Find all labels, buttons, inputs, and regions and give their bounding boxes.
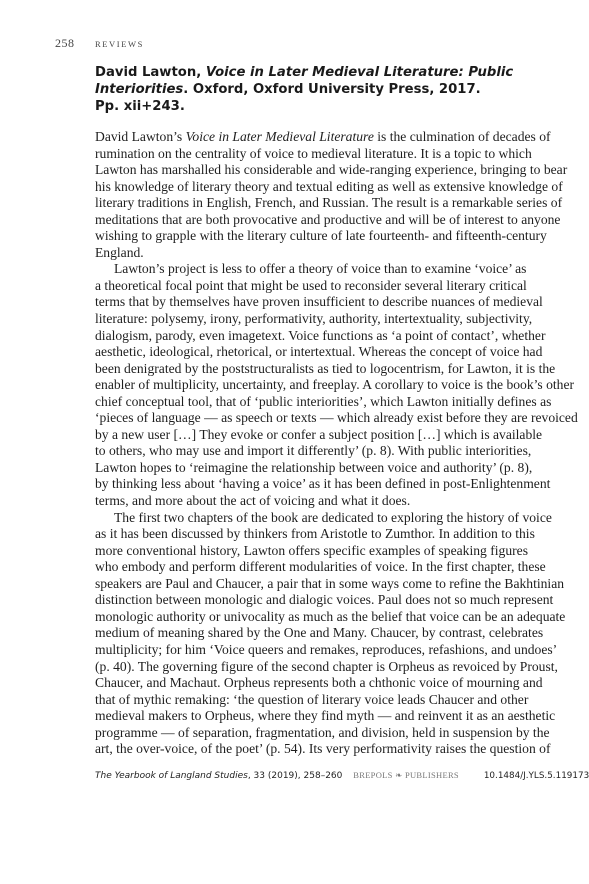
body-line: (p. 40). The governing figure of the sec… xyxy=(95,659,514,676)
body-line: monologic authority or univocality as mu… xyxy=(95,609,514,626)
journal-title: The Yearbook of Langland Studies xyxy=(95,771,248,781)
body-line: wishing to grapple with the literary cul… xyxy=(95,228,514,245)
page-number: 258 xyxy=(55,36,95,51)
body-line: David Lawton’s Voice in Later Medieval L… xyxy=(95,129,514,146)
body-line: multiplicity; for him ‘Voice queers and … xyxy=(95,642,514,659)
body-line: meditations that are both provocative an… xyxy=(95,212,514,229)
body-line: enabler of multiplicity, uncertainty, an… xyxy=(95,377,514,394)
body-line: been denigrated by the poststructuralist… xyxy=(95,361,514,378)
body-line: England. xyxy=(95,245,514,262)
review-author: David Lawton, xyxy=(95,65,206,80)
body-line: who embody and perform different modular… xyxy=(95,559,514,576)
body-line: rumination on the centrality of voice to… xyxy=(95,146,514,163)
body-line: aesthetic, ideological, rhetorical, or i… xyxy=(95,344,514,361)
body-line: a theoretical focal point that might be … xyxy=(95,278,514,295)
page-footer: The Yearbook of Langland Studies, 33 (20… xyxy=(95,770,535,781)
body-line: literature: polysemy, irony, performativ… xyxy=(95,311,514,328)
page-count: Pp. xii+243. xyxy=(95,99,185,114)
body-line: Lawton’s project is less to offer a theo… xyxy=(95,261,514,278)
body-line: dialogism, parody, even imagetext. Voice… xyxy=(95,328,514,345)
body-line: to others, who may use and import it dif… xyxy=(95,443,514,460)
page-header: 258REVIEWS xyxy=(55,36,144,51)
body-line: Chaucer, and Machaut. Orpheus represents… xyxy=(95,675,514,692)
book-title-inline: Voice in Later Medieval Literature xyxy=(186,129,374,144)
body-line: medieval makers to Orpheus, where they f… xyxy=(95,708,514,725)
body-line: Lawton hopes to ‘reimagine the relations… xyxy=(95,460,514,477)
body-line: speakers are Paul and Chaucer, a pair th… xyxy=(95,576,514,593)
review-body: David Lawton’s Voice in Later Medieval L… xyxy=(95,129,514,758)
body-line: as it has been discussed by thinkers fro… xyxy=(95,526,514,543)
body-line: by thinking less about ‘having a voice’ … xyxy=(95,476,514,493)
body-line: his knowledge of literary theory and tex… xyxy=(95,179,514,196)
publisher-name: BREPOLS ❧ PUBLISHERS xyxy=(353,770,459,780)
body-line: more conventional history, Lawton offers… xyxy=(95,543,514,560)
publication-info: . Oxford, Oxford University Press, 2017. xyxy=(183,82,480,97)
body-line: distinction between monologic and dialog… xyxy=(95,592,514,609)
body-line: by a new user […] They evoke or confer a… xyxy=(95,427,514,444)
body-line: medium of meaning shared by the One and … xyxy=(95,625,514,642)
body-line: programme — of separation, fragmentation… xyxy=(95,725,514,742)
running-head: REVIEWS xyxy=(95,39,144,49)
body-line: terms, and more about the act of voicing… xyxy=(95,493,514,510)
body-line: that of mythic remaking: ‘the question o… xyxy=(95,692,514,709)
body-line: Lawton has marshalled his considerable a… xyxy=(95,162,514,179)
journal-citation: , 33 (2019), 258–260 xyxy=(248,771,343,781)
body-line: terms that by themselves have proven ins… xyxy=(95,294,514,311)
body-line: The first two chapters of the book are d… xyxy=(95,510,514,527)
doi-link[interactable]: 10.1484/J.YLS.5.119173 xyxy=(484,771,589,781)
review-title: David Lawton, Voice in Later Medieval Li… xyxy=(95,64,525,115)
body-line: literary traditions in English, French, … xyxy=(95,195,514,212)
body-line: ‘pieces of language — as speech or texts… xyxy=(95,410,514,427)
body-line: art, the over-voice, of the poet’ (p. 54… xyxy=(95,741,514,758)
body-line: chief conceptual tool, that of ‘public i… xyxy=(95,394,514,411)
